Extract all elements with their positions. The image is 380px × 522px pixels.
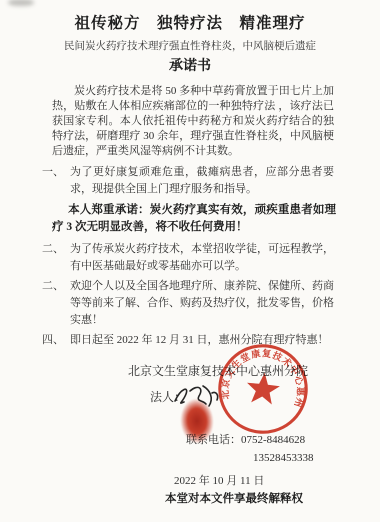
list-item: 二、 为了传承炭火药疗技术，本堂招收学徒，可远程教学，有中医基础最好或零基础亦可… <box>42 241 334 275</box>
list-item-text: 为了更好康复顽难危重，截瘫病患者，应部分患者要求，现提供全国上门理疗服务和指导。 <box>70 164 334 198</box>
list-item: 一、 为了更好康复顽难危重，截瘫病患者，应部分患者要求，现提供全国上门理疗服务和… <box>42 164 334 198</box>
commitment-letter-document: 祖传秘方 独特疗法 精准理疗 民间炭火药疗技术理疗强直性脊柱炎，中风脑梗后遗症 … <box>0 0 380 522</box>
seal-graphic: 北京文生堂康复技术中心惠州分院 <box>210 336 316 442</box>
list-item-number: 一、 <box>42 164 70 198</box>
list-item-text: 欢迎个人以及全国各地理疗所、康养院、保健所、药商等等前来了解、合作、购药及热疗仪… <box>70 278 334 329</box>
list-item-number: 二、 <box>42 278 70 329</box>
seal-star-icon <box>245 371 281 405</box>
promise-statement: 本人郑重承诺：炭火药疗真实有效，顽疾重患者如理疗 3 次无明显改善，将不收任何费… <box>52 202 336 236</box>
list-item-text: 为了传承炭火药疗技术，本堂招收学徒，可远程教学，有中医基础最好或零基础亦可以学。 <box>70 241 334 275</box>
document-date: 2022 年 10 月 11 日 <box>174 472 264 488</box>
official-round-seal: 北京文生堂康复技术中心惠州分院 <box>210 336 316 442</box>
list-item-number: 二、 <box>42 241 70 275</box>
list-item-number: 四、 <box>42 332 70 349</box>
document-title: 祖传秘方 独特疗法 精准理疗 <box>10 14 370 34</box>
intro-paragraph: 炭火药疗技术是将 50 多种中草药膏放置于田七片上加热，贴敷在人体相应疾痛部位的… <box>52 84 334 159</box>
mobile-number: 13528453338 <box>253 452 314 464</box>
final-interpretation-note: 本堂对本文件享最终解释权 <box>165 490 303 506</box>
photo-smudge <box>8 0 34 6</box>
document-heading: 承诺书 <box>0 58 380 77</box>
document-subtitle: 民间炭火药疗技术理疗强直性脊柱炎，中风脑梗后遗症 <box>8 40 372 54</box>
list-item: 二、 欢迎个人以及全国各地理疗所、康养院、保健所、药商等等前来了解、合作、购药及… <box>42 278 334 329</box>
